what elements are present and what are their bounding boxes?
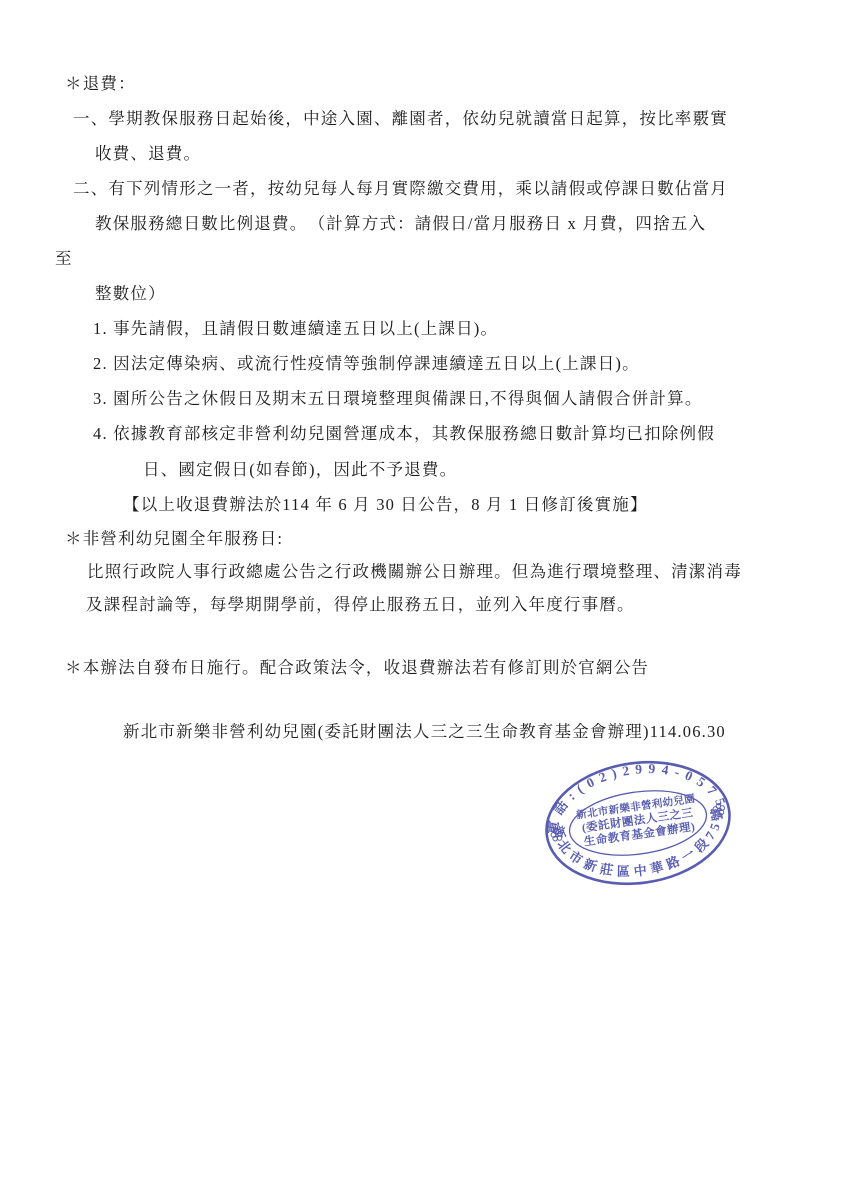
seal-svg: 電話:(02)2994-0575 新北市新莊區中華路一段75號 新北市新樂非營利… [535, 752, 745, 892]
refund-subitem-3: 3. 園所公告之休假日及期末五日環境整理與備課日,不得與個人請假合併計算。 [93, 390, 703, 409]
refund-item-1-continuation: 收費、退費。 [95, 145, 201, 164]
service-days-body-2: 及課程討論等，每學期開學前，得停止服務五日，並列入年度行事曆。 [86, 596, 635, 615]
signature-line: 新北市新樂非營利幼兒園(委託財團法人三之三生命教育基金會辦理)114.06.30 [123, 723, 726, 742]
refund-subitem-4: 4. 依據教育部核定非營利幼兒園營運成本，其教保服務總日數計算均已扣除例假 [93, 425, 715, 444]
refund-subitem-1: 1. 事先請假，且請假日數連續達五日以上(上課日)。 [93, 320, 498, 339]
effective-date-note: ＊本辦法自發布日施行。配合政策法令，收退費辦法若有修訂則於官網公告 [65, 659, 649, 678]
refund-item-1: 一、學期教保服務日起始後，中途入園、離園者，依幼兒就讀當日起算，按比率覈實 [73, 110, 728, 129]
official-seal-stamp: 電話:(02)2994-0575 新北市新莊區中華路一段75號 新北市新樂非營利… [535, 752, 745, 892]
refund-subitem-2: 2. 因法定傳染病、或流行性疫情等強制停課連續達五日以上(上課日)。 [93, 355, 640, 374]
refund-section-heading: ＊退費： [65, 75, 136, 94]
refund-item-2-closing: 整數位） [95, 285, 166, 304]
service-days-body-1: 比照行政院人事行政總處公告之行政機關辦公日辦理。但為進行環境整理、清潔消毒 [87, 563, 742, 582]
service-days-section-heading: ＊非營利幼兒園全年服務日: [65, 530, 283, 549]
refund-subitem-4-continuation: 日、國定假日(如春節)，因此不予退費。 [143, 461, 457, 480]
refund-item-2-continuation: 教保服務總日數比例退費。 （計算方式：請假日/當月服務日 x 月費，四捨五入 [95, 215, 706, 234]
announcement-note: 【以上收退費辦法於114 年 6 月 30 日公告，8 月 1 日修訂後實施】 [123, 496, 648, 515]
refund-item-2: 二、有下列情形之一者，按幼兒每人每月實際繳交費用，乘以請假或停課日數佔當月 [73, 180, 728, 199]
document-page: ＊退費： 一、學期教保服務日起始後，中途入園、離園者，依幼兒就讀當日起算，按比率… [0, 0, 848, 1200]
refund-item-2-wrap-char: 至 [55, 250, 73, 269]
